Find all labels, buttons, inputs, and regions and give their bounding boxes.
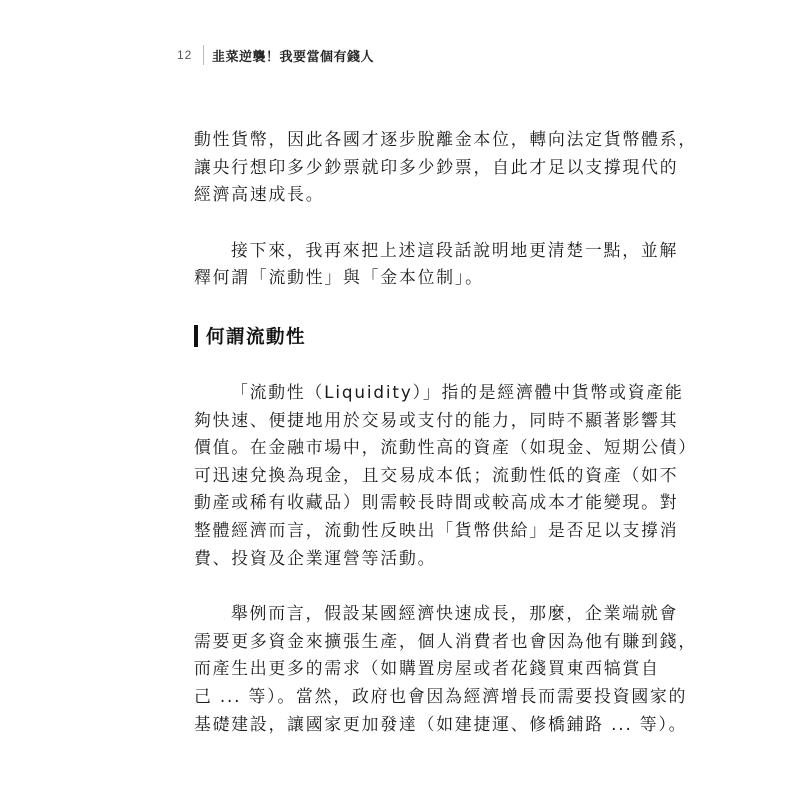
running-title: 韭菜逆襲！我要當個有錢人	[212, 46, 374, 65]
text-line: 動產或稀有收藏品）則需較長時間或較高成本才能變現。對	[194, 489, 589, 517]
text-line: 費、投資及企業運營等活動。	[194, 545, 589, 573]
text-line: 讓央行想印多少鈔票就印多少鈔票，自此才足以支撐現代的	[194, 154, 589, 182]
text-line: 釋何謂「流動性」與「金本位制」。	[194, 264, 589, 292]
paragraph-continued: 動性貨幣，因此各國才逐步脫離金本位，轉向法定貨幣體系， 讓央行想印多少鈔票就印多…	[194, 126, 589, 209]
paragraph-gap	[194, 292, 589, 323]
page-number: 12	[177, 48, 199, 62]
text-line: 可迅速兌換為現金，且交易成本低；流動性低的資產（如不	[194, 462, 589, 490]
text-line: 整體經濟而言，流動性反映出「貨幣供給」是否足以支撐消	[194, 517, 589, 545]
page-body: 動性貨幣，因此各國才逐步脫離金本位，轉向法定貨幣體系， 讓央行想印多少鈔票就印多…	[194, 126, 589, 738]
header-divider	[203, 45, 204, 65]
section-heading-text: 何謂流動性	[206, 323, 306, 349]
paragraph-gap	[194, 209, 589, 237]
text-line: 舉例而言，假設某國經濟快速成長，那麼，企業端就會	[194, 600, 589, 628]
text-line: 價值。在金融市場中，流動性高的資產（如現金、短期公債）	[194, 434, 589, 462]
text-line: 夠快速、便捷地用於交易或支付的能力，同時不顯著影響其	[194, 407, 589, 435]
text-line: 動性貨幣，因此各國才逐步脫離金本位，轉向法定貨幣體系，	[194, 126, 589, 154]
paragraph-intro: 接下來，我再來把上述這段話說明地更清楚一點，並解 釋何謂「流動性」與「金本位制」…	[194, 237, 589, 292]
running-header: 12 韭菜逆襲！我要當個有錢人	[177, 44, 374, 66]
heading-bar-marker	[194, 325, 198, 347]
paragraph-liquidity-definition: 「流動性（Liquidity）」指的是經濟體中貨幣或資產能 夠快速、便捷地用於交…	[194, 379, 589, 572]
text-line: 需要更多資金來擴張生產，個人消費者也會因為他有賺到錢，	[194, 628, 589, 656]
text-line: 經濟高速成長。	[194, 181, 589, 209]
text-line: 基礎建設，讓國家更加發達（如建捷運、修橋鋪路 ... 等）。	[194, 711, 589, 739]
text-line: 己 ... 等）。當然，政府也會因為經濟增長而需要投資國家的	[194, 683, 589, 711]
paragraph-gap	[194, 572, 589, 600]
section-heading: 何謂流動性	[194, 323, 589, 349]
paragraph-example: 舉例而言，假設某國經濟快速成長，那麼，企業端就會 需要更多資金來擴張生產，個人消…	[194, 600, 589, 738]
text-line: 而產生出更多的需求（如購置房屋或者花錢買東西犒賞自	[194, 655, 589, 683]
paragraph-gap	[194, 349, 589, 379]
text-line: 「流動性（Liquidity）」指的是經濟體中貨幣或資產能	[194, 379, 589, 407]
text-line: 接下來，我再來把上述這段話說明地更清楚一點，並解	[194, 237, 589, 265]
